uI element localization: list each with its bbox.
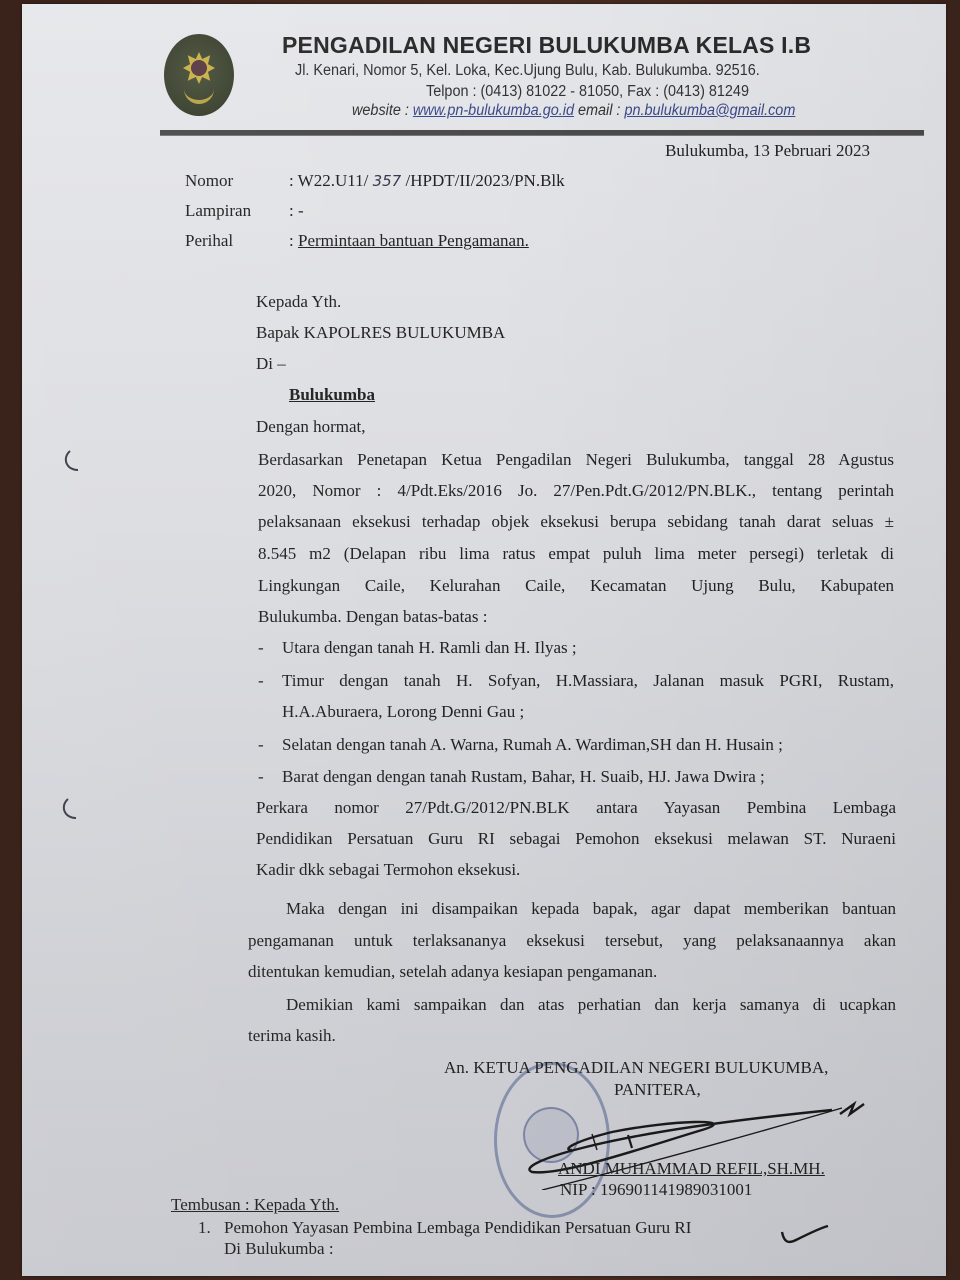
- court-contact-line: website : www.pn-bulukumba.go.id email :…: [352, 102, 795, 120]
- signatory-name: ANDI MUHAMMAD REFIL,SH.MH.: [558, 1159, 825, 1179]
- recipient-name: Bapak KAPOLRES BULUKUMBA: [256, 323, 505, 343]
- website-label: website :: [352, 102, 409, 119]
- paper-smudge-mark: [58, 796, 82, 826]
- boundary-item: - Utara dengan tanah H. Ramli dan H. Ily…: [258, 638, 894, 660]
- lampiran-value: : -: [289, 201, 304, 221]
- perihal-value: : Permintaan bantuan Pengamanan.: [289, 231, 529, 251]
- boundary-item: - Selatan dengan tanah A. Warna, Rumah A…: [258, 735, 894, 757]
- signatory-nip: NIP : 196901141989031001: [560, 1180, 752, 1200]
- opening-greeting: Dengan hormat,: [256, 417, 366, 437]
- recipient-di: Di –: [256, 354, 286, 374]
- lampiran-label: Lampiran: [185, 201, 251, 221]
- court-phone: Telpon : (0413) 81022 - 81050, Fax : (04…: [426, 83, 749, 101]
- letter-page: PENGADILAN NEGERI BULUKUMBA KELAS I.B Jl…: [22, 4, 946, 1276]
- recipient-city: Bulukumba: [289, 385, 375, 405]
- court-emblem-icon: [164, 34, 234, 116]
- recipient-salutation: Kepada Yth.: [256, 292, 341, 312]
- paper-smudge-mark: [60, 448, 84, 478]
- email-link[interactable]: pn.bulukumba@gmail.com: [624, 102, 795, 119]
- nomor-label: Nomor: [185, 171, 233, 191]
- cc-item-line1: Pemohon Yayasan Pembina Lembaga Pendidik…: [224, 1218, 691, 1238]
- court-name-title: PENGADILAN NEGERI BULUKUMBA KELAS I.B: [282, 32, 811, 59]
- handwritten-number: 357: [373, 172, 402, 190]
- perihal-label: Perihal: [185, 231, 233, 251]
- cc-item-number: 1.: [198, 1218, 211, 1238]
- boundary-item: - Timur dengan tanah H. Sofyan, H.Massia…: [258, 671, 894, 693]
- handwritten-checkmark-icon: [778, 1222, 838, 1252]
- nomor-value: : W22.U11/ 357 /HPDT/II/2023/PN.Blk: [289, 171, 565, 191]
- letter-date: Bulukumba, 13 Pebruari 2023: [665, 141, 870, 161]
- cc-item-line2: Di Bulukumba :: [224, 1239, 334, 1259]
- cc-heading: Tembusan : Kepada Yth.: [171, 1195, 339, 1215]
- website-link[interactable]: www.pn-bulukumba.go.id: [413, 102, 574, 119]
- court-address: Jl. Kenari, Nomor 5, Kel. Loka, Kec.Ujun…: [295, 62, 760, 80]
- email-label: email :: [578, 102, 620, 119]
- boundary-item: - Barat dengan dengan tanah Rustam, Baha…: [258, 767, 894, 789]
- signature-on-behalf: An. KETUA PENGADILAN NEGERI BULUKUMBA,: [444, 1058, 828, 1078]
- letterhead-divider: [160, 130, 924, 136]
